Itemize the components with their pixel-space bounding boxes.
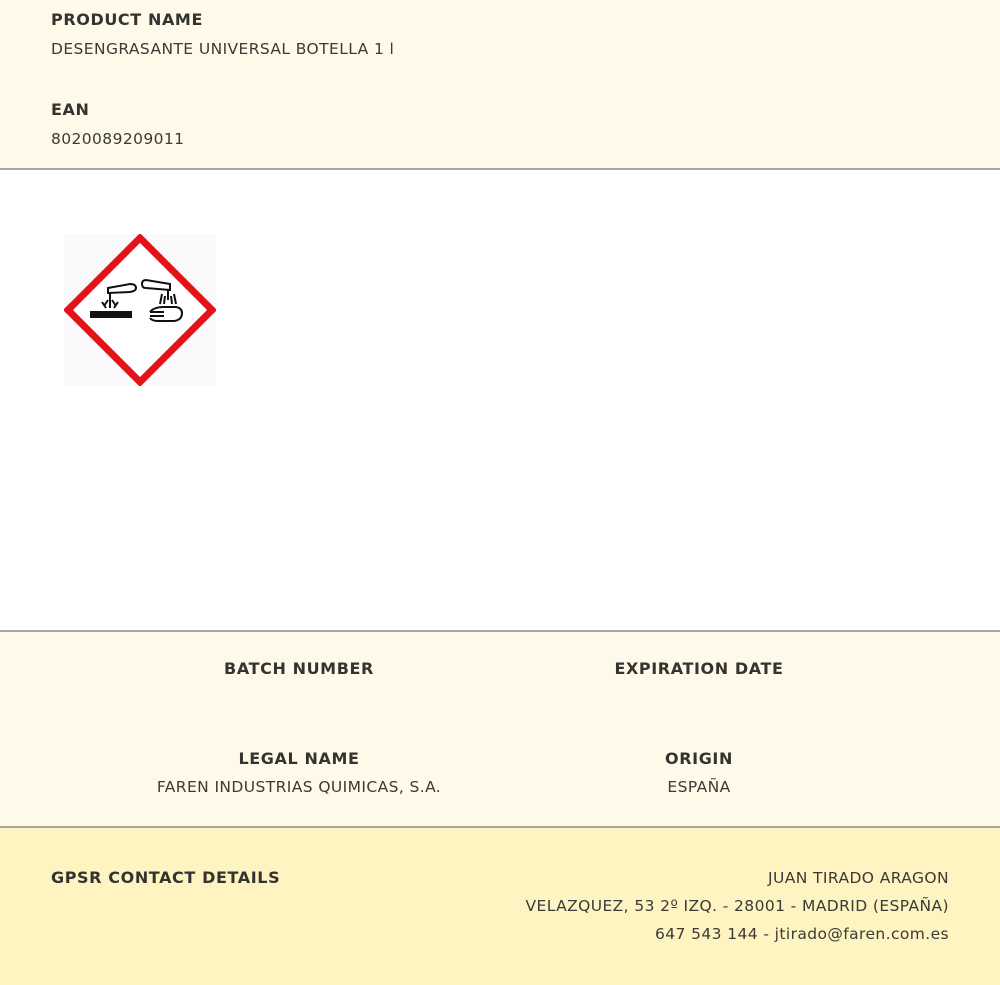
product-details-section: BATCH NUMBER EXPIRATION DATE LEGAL NAME … — [0, 630, 1000, 828]
origin-value: ESPAÑA — [499, 778, 899, 796]
contact-name: JUAN TIRADO ARAGON — [526, 868, 949, 888]
legal-name-field: LEGAL NAME FAREN INDUSTRIAS QUIMICAS, S.… — [99, 749, 499, 796]
ean-value: 8020089209011 — [51, 130, 184, 148]
legal-name-label: LEGAL NAME — [99, 749, 499, 768]
gpsr-contact-label: GPSR CONTACT DETAILS — [51, 868, 280, 887]
product-header-section: PRODUCT NAME DESENGRASANTE UNIVERSAL BOT… — [0, 0, 1000, 170]
expiration-date-label: EXPIRATION DATE — [499, 659, 899, 678]
gpsr-contact-section: GPSR CONTACT DETAILS JUAN TIRADO ARAGON … — [0, 828, 1000, 985]
product-name-value: DESENGRASANTE UNIVERSAL BOTELLA 1 l — [51, 40, 394, 58]
contact-address: VELAZQUEZ, 53 2º IZQ. - 28001 - MADRID (… — [526, 892, 949, 920]
batch-number-field: BATCH NUMBER — [99, 659, 499, 688]
gpsr-contact-details: JUAN TIRADO ARAGON VELAZQUEZ, 53 2º IZQ.… — [526, 868, 949, 948]
legal-name-value: FAREN INDUSTRIAS QUIMICAS, S.A. — [99, 778, 499, 796]
expiration-date-field: EXPIRATION DATE — [499, 659, 899, 688]
origin-label: ORIGIN — [499, 749, 899, 768]
ghs-corrosive-icon — [64, 234, 216, 386]
ean-label: EAN — [51, 100, 90, 119]
contact-phone-email: 647 543 144 - jtirado@faren.com.es — [526, 920, 949, 948]
origin-field: ORIGIN ESPAÑA — [499, 749, 899, 796]
product-name-label: PRODUCT NAME — [51, 10, 203, 29]
batch-number-label: BATCH NUMBER — [99, 659, 499, 678]
